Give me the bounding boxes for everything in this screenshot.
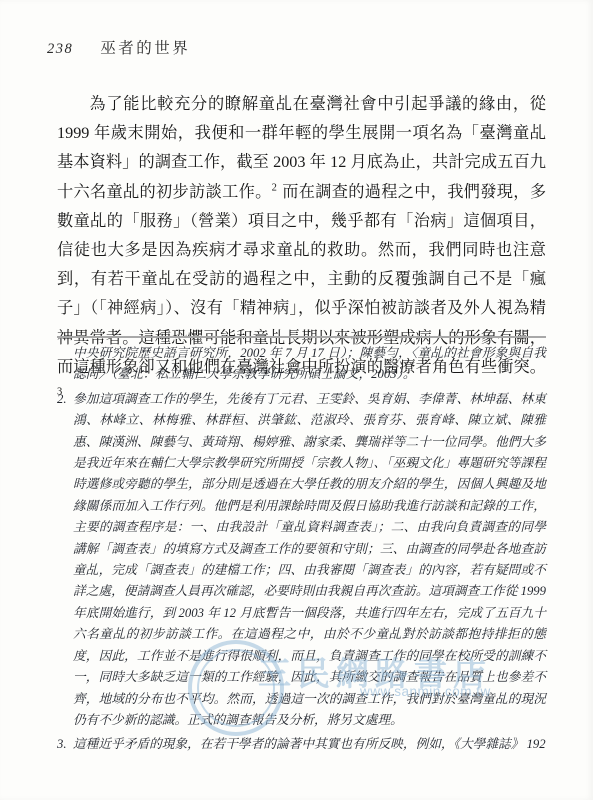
footnote-number: 3. xyxy=(57,734,67,755)
footnote: 3.這種近乎矛盾的現象，在若干學者的論著中其實也有所反映，例如，《大學雜誌》 1… xyxy=(57,734,546,755)
footnote: 2.參加這項調查工作的學生，先後有丁元君、王雯鈴、吳育娟、李偉菁、林坤磊、林東鴻… xyxy=(57,389,546,732)
text-run: 中央研究院歷史語言研究所，2002 年 7 月 17 日）；陳藝勻，〈童乩的社會… xyxy=(73,346,546,381)
running-head: 238 巫者的世界 xyxy=(47,36,190,58)
text-run: 參加這項調查工作的學生，先後有丁元君、王雯鈴、吳育娟、李偉菁、林坤磊、林東鴻、林… xyxy=(73,392,546,727)
footnotes: 中央研究院歷史語言研究所，2002 年 7 月 17 日）；陳藝勻，〈童乩的社會… xyxy=(57,343,546,759)
footnote-number: 2. xyxy=(57,389,67,410)
footnote: 中央研究院歷史語言研究所，2002 年 7 月 17 日）；陳藝勻，〈童乩的社會… xyxy=(57,343,546,386)
book-title: 巫者的世界 xyxy=(100,36,190,58)
text-run: 這種近乎矛盾的現象，在若干學者的論著中其實也有所反映，例如，《大學雜誌》 192 xyxy=(73,737,546,751)
book-page: 238 巫者的世界 為了能比較充分的瞭解童乩在臺灣社會中引起爭議的緣由，從 19… xyxy=(0,0,593,800)
footnote-separator xyxy=(57,336,546,338)
page-number: 238 xyxy=(47,41,73,58)
